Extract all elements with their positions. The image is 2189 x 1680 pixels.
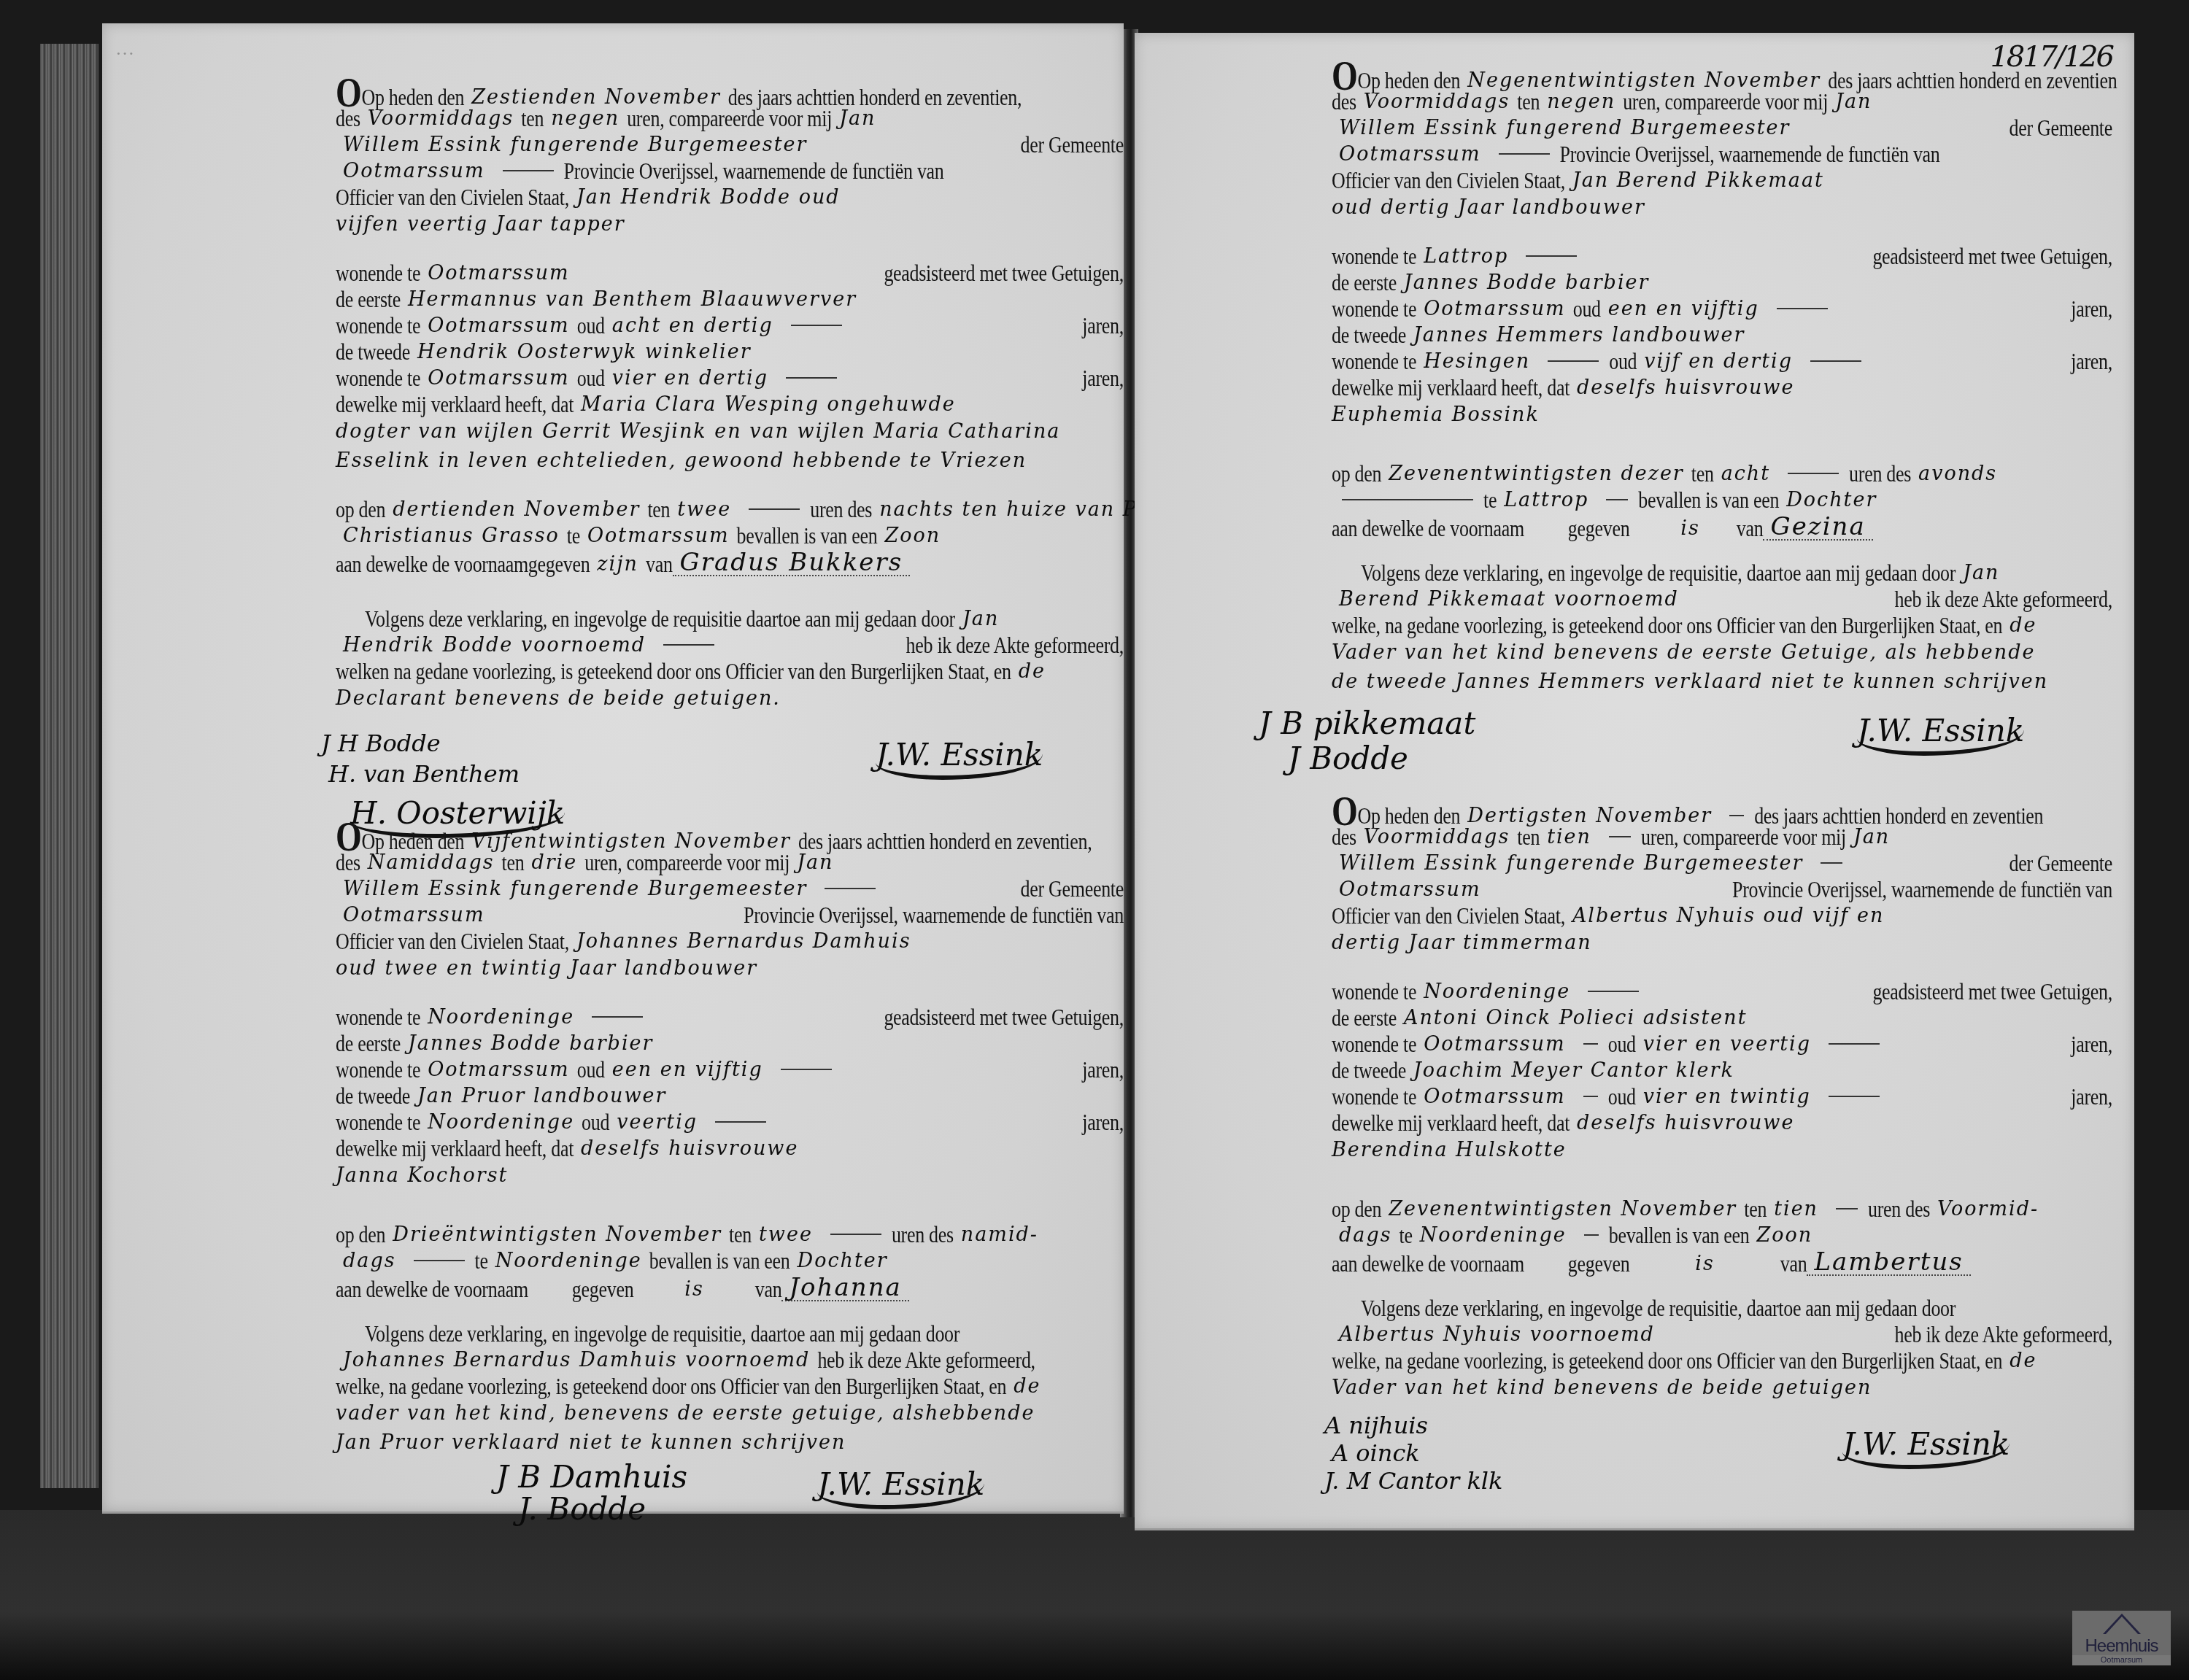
birth-record: OOp heden denDertigsten Novemberdes jaar… <box>1332 799 2112 1521</box>
mother-name: Berendina Hulskotte <box>1332 1137 2112 1166</box>
child-name: Lambertus <box>1807 1250 1970 1276</box>
mother-name: Maria Clara Wesping ongehuwde <box>574 392 963 417</box>
record-intro: OOp heden denVijfentwintigsten Novemberd… <box>336 824 1124 851</box>
corner-mark: … <box>117 38 134 60</box>
signature: J Bodde <box>1288 740 1408 776</box>
birth-record: OOp heden denVijfentwintigsten Novemberd… <box>336 824 1124 1605</box>
child-name: Johanna <box>781 1275 908 1301</box>
record-intro: OOp heden denNegenentwintigsten November… <box>1332 63 2112 90</box>
house-roof-icon <box>2103 1614 2141 1634</box>
right-page: 1817/126 OOp heden denNegenentwintigsten… <box>1135 33 2134 1530</box>
birth-record: OOp heden denZestienden Novemberdes jaar… <box>336 80 1124 868</box>
mother-name: Euphemia Bossink <box>1332 402 2112 431</box>
witness-2: de tweedeHendrik Oosterwyk winkelier <box>336 340 1124 366</box>
signature: J.W. Essink <box>817 1466 984 1509</box>
heemhuis-logo: Heemhuis Ootmarsum <box>2072 1611 2171 1665</box>
witness-2: de tweedeJannes Hemmers landbouwer <box>1332 323 2112 349</box>
signatures: A nijhuis A oinck J. M Cantor klk J.W. E… <box>1332 1404 2112 1521</box>
witness-1: de eersteHermannus van Benthem Blaauwver… <box>336 287 1124 314</box>
declarant-name: Albertus Nyhuis oud vijf en <box>1565 904 1891 929</box>
witness-1: de eersteAntoni Oinck Polieci adsistent <box>1332 1006 2112 1032</box>
mother-name: Janna Kochorst <box>336 1163 1124 1192</box>
witness-1: de eersteJannes Bodde barbier <box>336 1031 1124 1058</box>
witness-1: de eersteJannes Bodde barbier <box>1332 271 2112 297</box>
book-page-edges <box>40 44 99 1488</box>
witness-2: de tweedeJoachim Meyer Cantor klerk <box>1332 1058 2112 1085</box>
signature: H. van Benthem <box>328 760 520 788</box>
declarant-name: Johannes Bernardus Damhuis <box>569 929 919 954</box>
signature: A nijhuis <box>1324 1412 1428 1439</box>
record-intro: OOp heden denZestienden Novemberdes jaar… <box>336 80 1124 107</box>
witness-2: de tweedeJan Pruor landbouwer <box>336 1084 1124 1110</box>
declarant-name: Jan Berend Pikkemaat <box>1565 169 1831 193</box>
record-intro: OOp heden denDertigsten Novemberdes jaar… <box>1332 799 2112 825</box>
birth-record: OOp heden denNegenentwintigsten November… <box>1332 63 2112 829</box>
signature: J.W. Essink <box>876 737 1043 780</box>
child-name: Gezina <box>1763 514 1872 541</box>
signature: A oinck <box>1332 1439 1420 1467</box>
child-name: Gradus Bukkers <box>673 550 911 576</box>
signature: J B Damhuis <box>496 1459 687 1495</box>
declarant-name: Jan Hendrik Bodde oud <box>569 185 848 210</box>
signature: J.W. Essink <box>1857 713 2024 756</box>
signature: J. M Cantor klk <box>1324 1467 1502 1495</box>
signature: J. Bodde <box>518 1491 646 1527</box>
left-page: … OOp heden denZestienden Novemberdes ja… <box>102 23 1124 1514</box>
signatures: J B Damhuis J. Bodde J.W. Essink <box>336 1459 1124 1605</box>
signature: J B pikkemaat <box>1259 705 1475 741</box>
signature: J.W. Essink <box>1842 1426 2010 1469</box>
signature: J H Bodde <box>321 729 441 757</box>
